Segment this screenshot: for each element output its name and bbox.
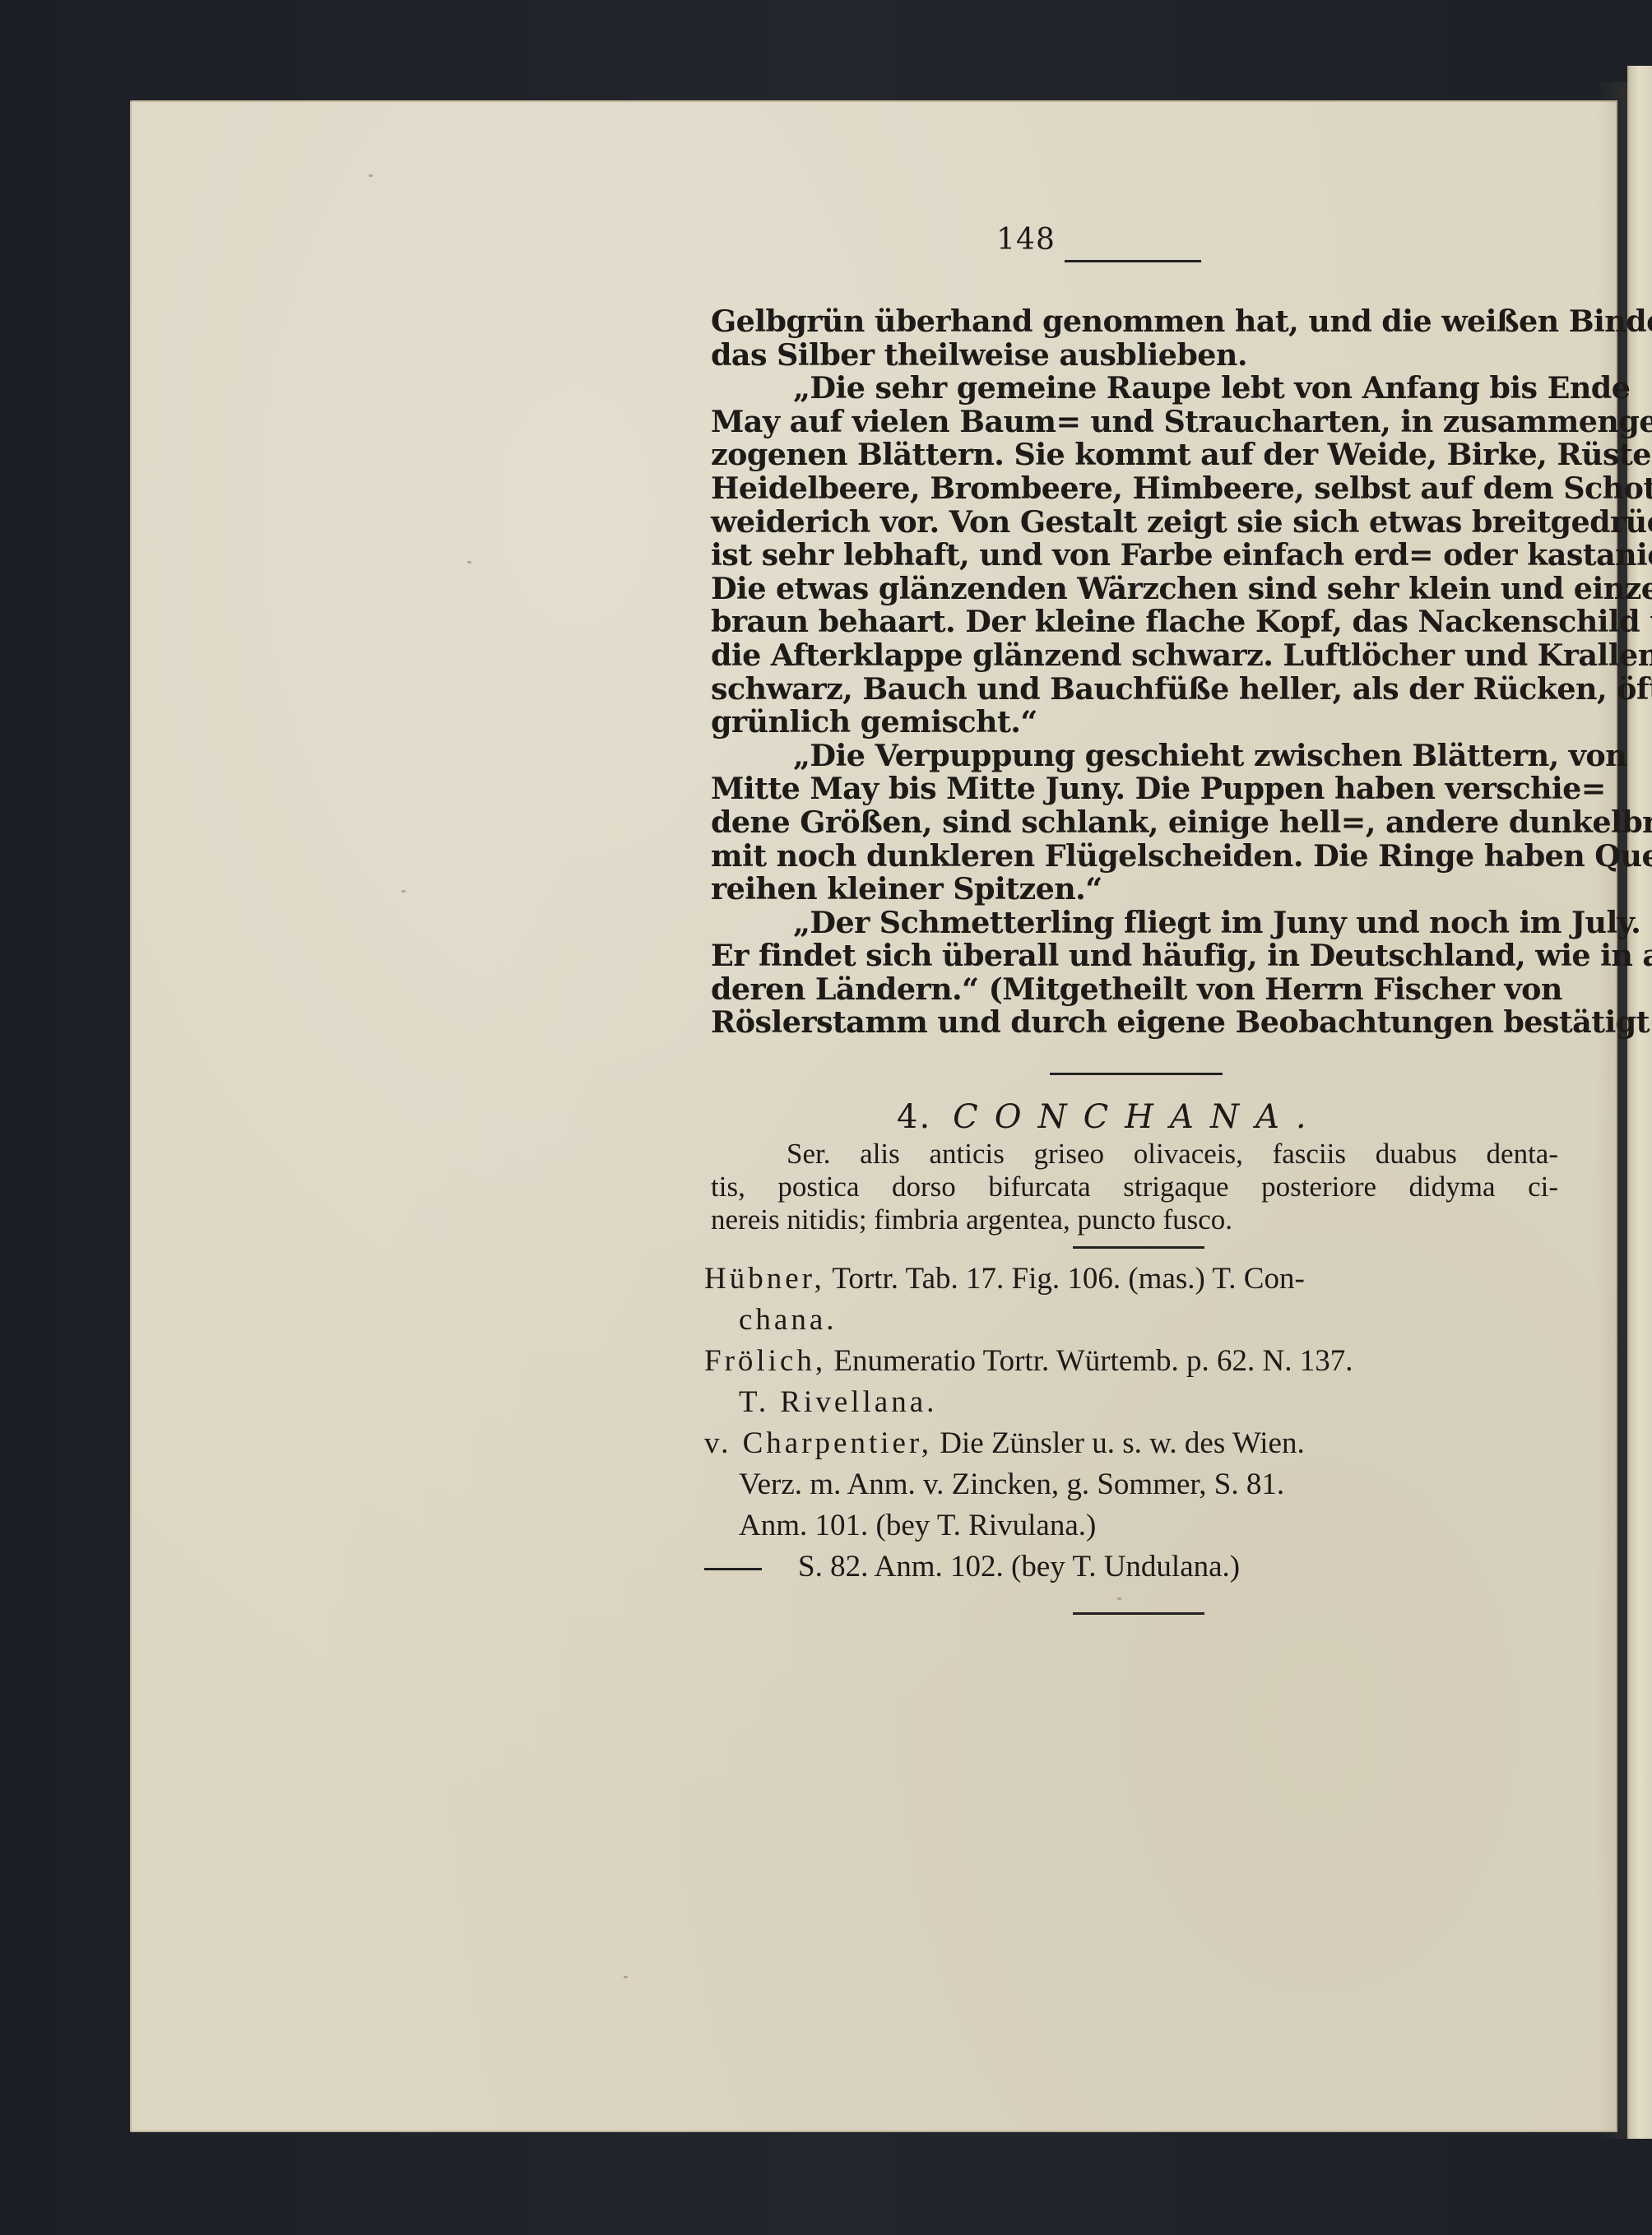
text-line: weiderich vor. Von Gestalt zeigt sie sic… [711,506,1558,540]
body-text: Gelbgrün überhand genommen hat, und die … [711,305,1558,1040]
text-line: die Afterklappe glänzend schwarz. Luftlö… [711,639,1558,673]
reference-text: S. 82. Anm. 102. (bey T. Undulana.) [798,1550,1240,1584]
reference-text: Enumeratio Tortr. Würtemb. p. 62. N. 137… [833,1344,1353,1378]
text-line: „Der Schmetterling fliegt im Juny und no… [711,907,1558,940]
page-number-rule [1065,260,1201,262]
diagnosis-line: Ser. alis anticis griseo olivaceis, fasc… [711,1138,1558,1171]
paper-speck [369,174,373,177]
reference-line: Hübner, Tortr. Tab. 17. Fig. 106. (mas.)… [704,1259,1558,1300]
paragraph-3: „Die Verpuppung geschieht zwischen Blätt… [711,740,1558,907]
section-number: 4. [897,1098,931,1136]
text-line: Die etwas glänzenden Wärzchen sind sehr … [711,573,1558,606]
text-line: grünlich gemischt.“ [711,706,1558,740]
text-line: mit noch dunkleren Flügelscheiden. Die R… [711,840,1558,874]
text-line: deren Ländern.“ (Mitgetheilt von Herrn F… [711,973,1558,1007]
page-content: 148 Gelbgrün überhand genommen hat, und … [711,222,1558,1615]
end-divider [1073,1612,1204,1615]
next-page-edge [1627,66,1652,2139]
synonymy-references: Hübner, Tortr. Tab. 17. Fig. 106. (mas.)… [704,1259,1558,1588]
paper-speck [624,1976,628,1978]
text-line: May auf vielen Baum= und Straucharten, i… [711,406,1558,439]
reference-author: Frölich, [704,1344,826,1378]
reference-author: v. Charpentier, [704,1426,932,1460]
reference-hubner: Hübner, Tortr. Tab. 17. Fig. 106. (mas.)… [704,1259,1558,1341]
reference-frolich: Frölich, Enumeratio Tortr. Würtemb. p. 6… [704,1341,1558,1423]
text-line: braun behaart. Der kleine flache Kopf, d… [711,605,1558,639]
reference-line: Verz. m. Anm. v. Zincken, g. Sommer, S. … [704,1464,1558,1505]
paper-speck [467,561,471,563]
paragraph-1: Gelbgrün überhand genommen hat, und die … [711,305,1558,372]
reference-author: Hübner, [704,1262,825,1296]
species-name: CONCHANA. [953,1098,1322,1136]
reference-line: chana. [704,1300,1558,1341]
reference-line: v. Charpentier, Die Zünsler u. s. w. des… [704,1423,1558,1464]
text-line: „Die sehr gemeine Raupe lebt von Anfang … [711,372,1558,406]
reference-text: Die Zünsler u. s. w. des Wien. [940,1426,1304,1460]
diagnosis-line: nereis nitidis; fimbria argentea, puncto… [711,1203,1558,1236]
ditto-dash [704,1568,762,1570]
text-line: dene Größen, sind schlank, einige hell=,… [711,806,1558,840]
text-line: Mitte May bis Mitte Juny. Die Puppen hab… [711,772,1558,806]
references-divider [1073,1246,1204,1249]
paragraph-4: „Der Schmetterling fliegt im Juny und no… [711,907,1558,1040]
reference-charpentier: v. Charpentier, Die Zünsler u. s. w. des… [704,1423,1558,1546]
text-line: „Die Verpuppung geschieht zwischen Blätt… [711,740,1558,773]
section-divider [1050,1073,1223,1075]
reference-line: T. Rivellana. [704,1382,1558,1423]
text-line: zogenen Blättern. Sie kommt auf der Weid… [711,438,1558,472]
section-heading: 4.CONCHANA. [711,1097,1558,1138]
text-line: schwarz, Bauch und Bauchfüße heller, als… [711,673,1558,707]
diagnosis-line: tis, postica dorso bifurcata strigaque p… [711,1171,1558,1203]
paper-speck [401,890,406,893]
text-line: das Silber theilweise ausblieben. [711,339,1558,373]
text-line: reihen kleiner Spitzen.“ [711,873,1558,907]
text-line: Röslerstamm und durch eigene Beobachtung… [711,1006,1558,1040]
reference-line: Anm. 101. (bey T. Rivulana.) [704,1505,1558,1546]
paragraph-2: „Die sehr gemeine Raupe lebt von Anfang … [711,372,1558,740]
reference-line: S. 82. Anm. 102. (bey T. Undulana.) [704,1546,1558,1588]
text-line: ist sehr lebhaft, und von Farbe einfach … [711,539,1558,573]
reference-text: Tortr. Tab. 17. Fig. 106. (mas.) T. Con- [832,1262,1304,1296]
reference-line: Frölich, Enumeratio Tortr. Würtemb. p. 6… [704,1341,1558,1382]
latin-diagnosis: Ser. alis anticis griseo olivaceis, fasc… [711,1138,1558,1236]
text-line: Er findet sich überall und häufig, in De… [711,939,1558,973]
text-line: Heidelbeere, Brombeere, Himbeere, selbst… [711,472,1558,506]
page-number: 148 [958,222,1094,258]
text-line: Gelbgrün überhand genommen hat, und die … [711,305,1558,339]
reference-charpentier-2: S. 82. Anm. 102. (bey T. Undulana.) [704,1546,1558,1588]
